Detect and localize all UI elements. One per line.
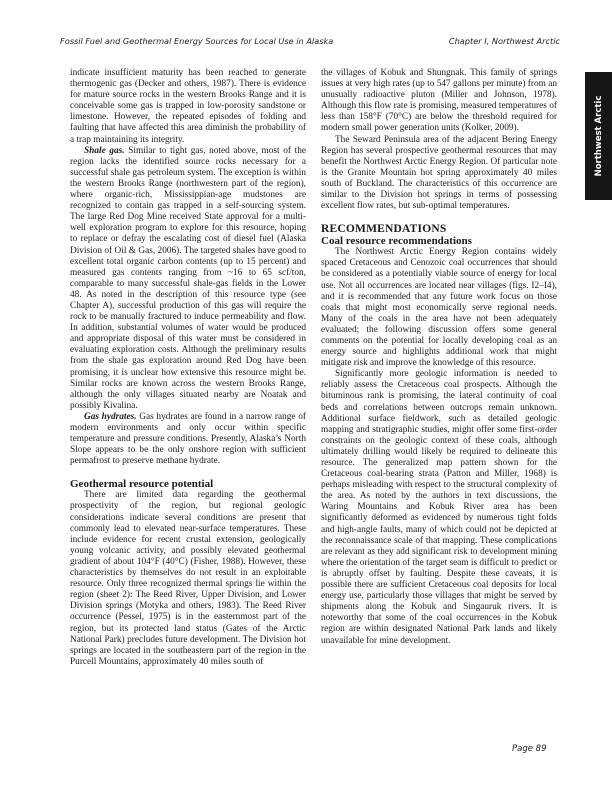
section-heading: Geothermal resource potential [70, 478, 306, 490]
gas-hydrates-paragraph: Gas hydrates. Gas hydrates are found in … [70, 412, 306, 467]
right-column: the villages of Kobuk and Shungnak. This… [321, 68, 557, 647]
paragraph: There are limited data regarding the geo… [70, 490, 306, 668]
header-title: Fossil Fuel and Geothermal Energy Source… [60, 36, 333, 46]
running-header: Fossil Fuel and Geothermal Energy Source… [60, 36, 560, 46]
shale-gas-paragraph: Shale gas. Similar to tight gas, noted a… [70, 146, 306, 412]
run-in-heading: Shale gas. [84, 146, 125, 156]
run-in-heading: Gas hydrates. [84, 412, 137, 422]
paragraph: Significantly more geologic information … [321, 369, 557, 646]
paragraph: the villages of Kobuk and Shungnak. This… [321, 68, 557, 135]
paragraph: The Northwest Arctic Energy Region conta… [321, 247, 557, 369]
paragraph: indicate insufficient maturity has been … [70, 68, 306, 146]
section-heading: RECOMMENDATIONS [321, 223, 557, 235]
subsection-heading: Coal resource recommendations [321, 235, 557, 247]
side-tab-label: Northwest Arctic [594, 96, 604, 177]
paragraph: The Seward Peninsula area of the adjacen… [321, 135, 557, 213]
chapter-side-tab: Northwest Arctic [585, 72, 612, 200]
header-chapter: Chapter I, Northwest Arctic [449, 36, 560, 46]
page-number: Page 89 [512, 744, 546, 754]
left-column: indicate insufficient maturity has been … [70, 68, 306, 668]
